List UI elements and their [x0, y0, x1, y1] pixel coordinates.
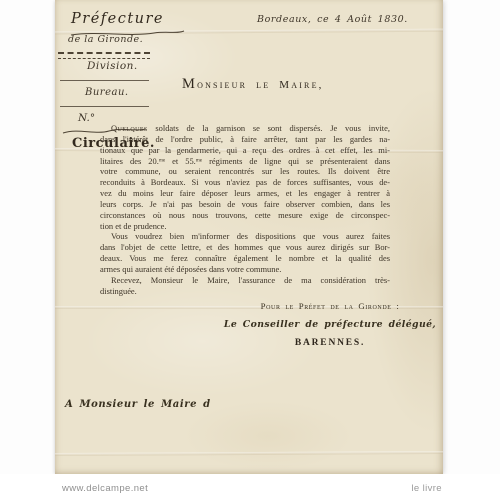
closing-signatory-title: Le Conseiller de préfecture délégué,	[175, 319, 485, 330]
division-label: Division.	[87, 60, 138, 72]
body-line: deaux. Vous me ferez connaître également…	[100, 253, 390, 264]
signature: BARENNES.	[175, 338, 485, 348]
letter-body: Quelques soldats de la garnison se sont …	[100, 123, 390, 297]
body-line: tion et de prudence.	[100, 221, 390, 232]
letterhead-office: Préfecture	[71, 11, 164, 27]
number-label: N.°	[78, 112, 95, 124]
dateline: Bordeaux, ce 4 Août 1830.	[257, 14, 408, 25]
divider-rule	[60, 80, 149, 81]
body-line: reconduits à Bordeaux. Si vous n'aviez p…	[100, 177, 390, 188]
recipient-address: A Monsieur le Maire d	[65, 399, 211, 410]
body-line: tionaux que par la gendarmerie, qui a re…	[100, 145, 390, 156]
scanned-letter-page: Préfecture de la Gironde. Division. Bure…	[0, 0, 500, 500]
body-line: distinguée.	[100, 286, 390, 297]
body-line: dans l'intérêt de l'ordre public, à fair…	[100, 134, 390, 145]
body-line: Quelques soldats de la garnison se sont …	[100, 123, 390, 134]
body-line: Recevez, Monsieur le Maire, l'assurance …	[100, 275, 390, 286]
closing-on-behalf: Pour le Préfet de la Gironde :	[175, 301, 485, 311]
watermark-bar: www.delcampe.net le livre	[0, 474, 500, 500]
divider-rule	[60, 106, 149, 107]
letter-document: Préfecture de la Gironde. Division. Bure…	[55, 0, 443, 474]
body-line: litaires des 20.ᵐᵉ et 55.ᵐᵉ régiments de…	[100, 156, 390, 167]
body-line: votre commune, ou seraient rencontrés su…	[100, 166, 390, 177]
watermark-site-url: www.delcampe.net	[62, 483, 148, 494]
dotted-divider	[58, 52, 150, 59]
lead-word: Quelques	[111, 123, 148, 133]
body-line: leurs corps. Je n'ai pas besoin de vous …	[100, 199, 390, 210]
letterhead-region: de la Gironde.	[68, 34, 143, 45]
body-line: circonstances où nous nous trouvons, cet…	[100, 210, 390, 221]
bureau-label: Bureau.	[85, 87, 129, 98]
watermark-category-label: le livre	[411, 483, 442, 494]
body-line: Vous voudrez bien m'informer des disposi…	[100, 231, 390, 242]
body-line: vez du moins leur faire déposer leurs ar…	[100, 188, 390, 199]
body-line: dans l'objet de cette lettre, et des hom…	[100, 242, 390, 253]
salutation: Monsieur le Maire,	[182, 76, 324, 93]
body-line: armes qui auraient été déposées dans vot…	[100, 264, 390, 275]
paper-crease	[55, 451, 443, 456]
